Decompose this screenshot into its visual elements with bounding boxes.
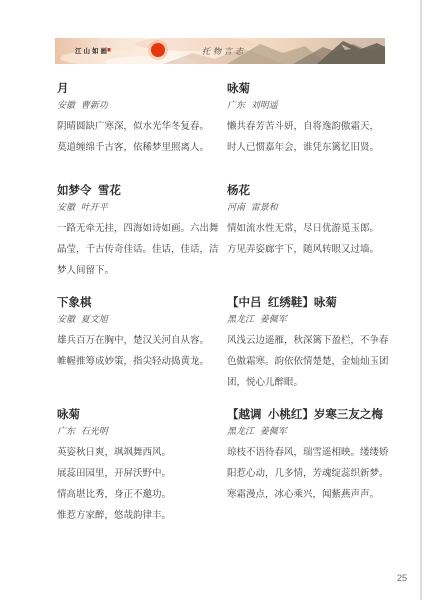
poem-chrysanthemum-liu: 咏菊 广东 刘明遥 懒共春芳苦斗妍，自将逸韵傲霜天， 时人已惯嘉年会，谁凭东篱忆… [227,82,413,158]
poem-line: 色傲霜寒。韵依依情楚楚，金灿灿玉团 [227,351,413,372]
poem-plum-blossom: 【越调 小桃红】岁寒三友之梅 黑龙江 姜佩军 琼枝不语待春风，瑞雪遥相映。缕缕娇… [227,408,413,505]
poem-title: 月 [57,82,225,97]
poem-line: 风浅云边遥雁，秋深篱下盈栏，不争春 [227,330,413,351]
poem-title: 杨花 [227,184,413,199]
poem-line: 琼枝不语待春风，瑞雪遥相映。缕缕娇 [227,442,413,463]
document-page: 江山如画 托物言志 月 安徽 曹新功 阴晴圆缺广寒深，似水光华冬复春。 莫道缠绵… [0,0,428,600]
poem-column-right: 咏菊 广东 刘明遥 懒共春芳苦斗妍，自将逸韵傲霜天， 时人已惯嘉年会，谁凭东篱忆… [227,0,413,600]
poem-line: 时人已惯嘉年会，谁凭东篱忆旧贤。 [227,137,413,158]
poem-author: 广东 石光明 [57,426,225,439]
poem-line: 一路无牵无挂，四海如诗如画。六出舞 [57,218,225,239]
poem-chess: 下象棋 安徽 夏文旭 雄兵百万在胸中，楚汉关河自从容。 帷幄推筹成妙策，指尖轻动… [57,296,225,372]
poem-column-left: 月 安徽 曹新功 阴晴圆缺广寒深，似水光华冬复春。 莫道缠绵千古客，依稀梦里照离… [57,0,225,600]
poem-line: 情如流水性无常，尽日优游觅玉郎。 [227,218,413,239]
poem-line: 莫道缠绵千古客，依稀梦里照离人。 [57,137,225,158]
poem-author: 黑龙江 姜佩军 [227,314,413,327]
poem-line: 晶莹，千古传奇佳话。佳话，佳话，洁 [57,239,225,260]
poem-line: 方见弄姿廊宇下，随风转眼又过墙。 [227,239,413,260]
poem-author: 安徽 叶开平 [57,202,225,215]
poem-line: 帷幄推筹成妙策，指尖轻动捣黄龙。 [57,351,225,372]
poem-line: 雄兵百万在胸中，楚汉关河自从容。 [57,330,225,351]
poem-author: 黑龙江 姜佩军 [227,426,413,439]
poem-line: 展蕊田园里，开屏沃野中。 [57,463,225,484]
poem-author: 安徽 夏文旭 [57,314,225,327]
poem-title: 如梦令 雪花 [57,184,225,199]
poem-author: 河南 雷景和 [227,202,413,215]
poem-title: 【越调 小桃红】岁寒三友之梅 [227,408,413,423]
page-number: 25 [397,573,407,583]
poem-moon: 月 安徽 曹新功 阴晴圆缺广寒深，似水光华冬复春。 莫道缠绵千古客，依稀梦里照离… [57,82,225,158]
poem-title: 咏菊 [57,408,225,423]
poem-chrysanthemum-shi: 咏菊 广东 石光明 英姿秋日爽，飒飒舞西风。 展蕊田园里，开屏沃野中。 情高堪比… [57,408,225,526]
poem-author: 广东 刘明遥 [227,100,413,113]
poem-line: 梦人间留下。 [57,260,225,281]
poem-line: 寒霜漫点，冰心乘兴，闻紫燕声声。 [227,484,413,505]
page-edge-divider [420,0,422,600]
poem-title: 咏菊 [227,82,413,97]
poem-line: 团，悦心儿醉眼。 [227,372,413,393]
poem-title: 【中吕 红绣鞋】咏菊 [227,296,413,311]
poem-line: 惟惹方家醉，悠哉韵律丰。 [57,505,225,526]
poem-line: 英姿秋日爽，飒飒舞西风。 [57,442,225,463]
poem-line: 阳惹心动，几多情，芳魂绽蕊织新梦。 [227,463,413,484]
poem-willow-catkin: 杨花 河南 雷景和 情如流水性无常，尽日优游觅玉郎。 方见弄姿廊宇下，随风转眼又… [227,184,413,260]
poem-line: 情高堪比秀，身正不邀功。 [57,484,225,505]
poem-line: 懒共春芳苦斗妍，自将逸韵傲霜天， [227,116,413,137]
poem-red-embroidered-shoes: 【中吕 红绣鞋】咏菊 黑龙江 姜佩军 风浅云边遥雁，秋深篱下盈栏，不争春 色傲霜… [227,296,413,393]
poem-line: 阴晴圆缺广寒深，似水光华冬复春。 [57,116,225,137]
poem-author: 安徽 曹新功 [57,100,225,113]
poem-snowflake: 如梦令 雪花 安徽 叶开平 一路无牵无挂，四海如诗如画。六出舞 晶莹，千古传奇佳… [57,184,225,281]
poem-title: 下象棋 [57,296,225,311]
